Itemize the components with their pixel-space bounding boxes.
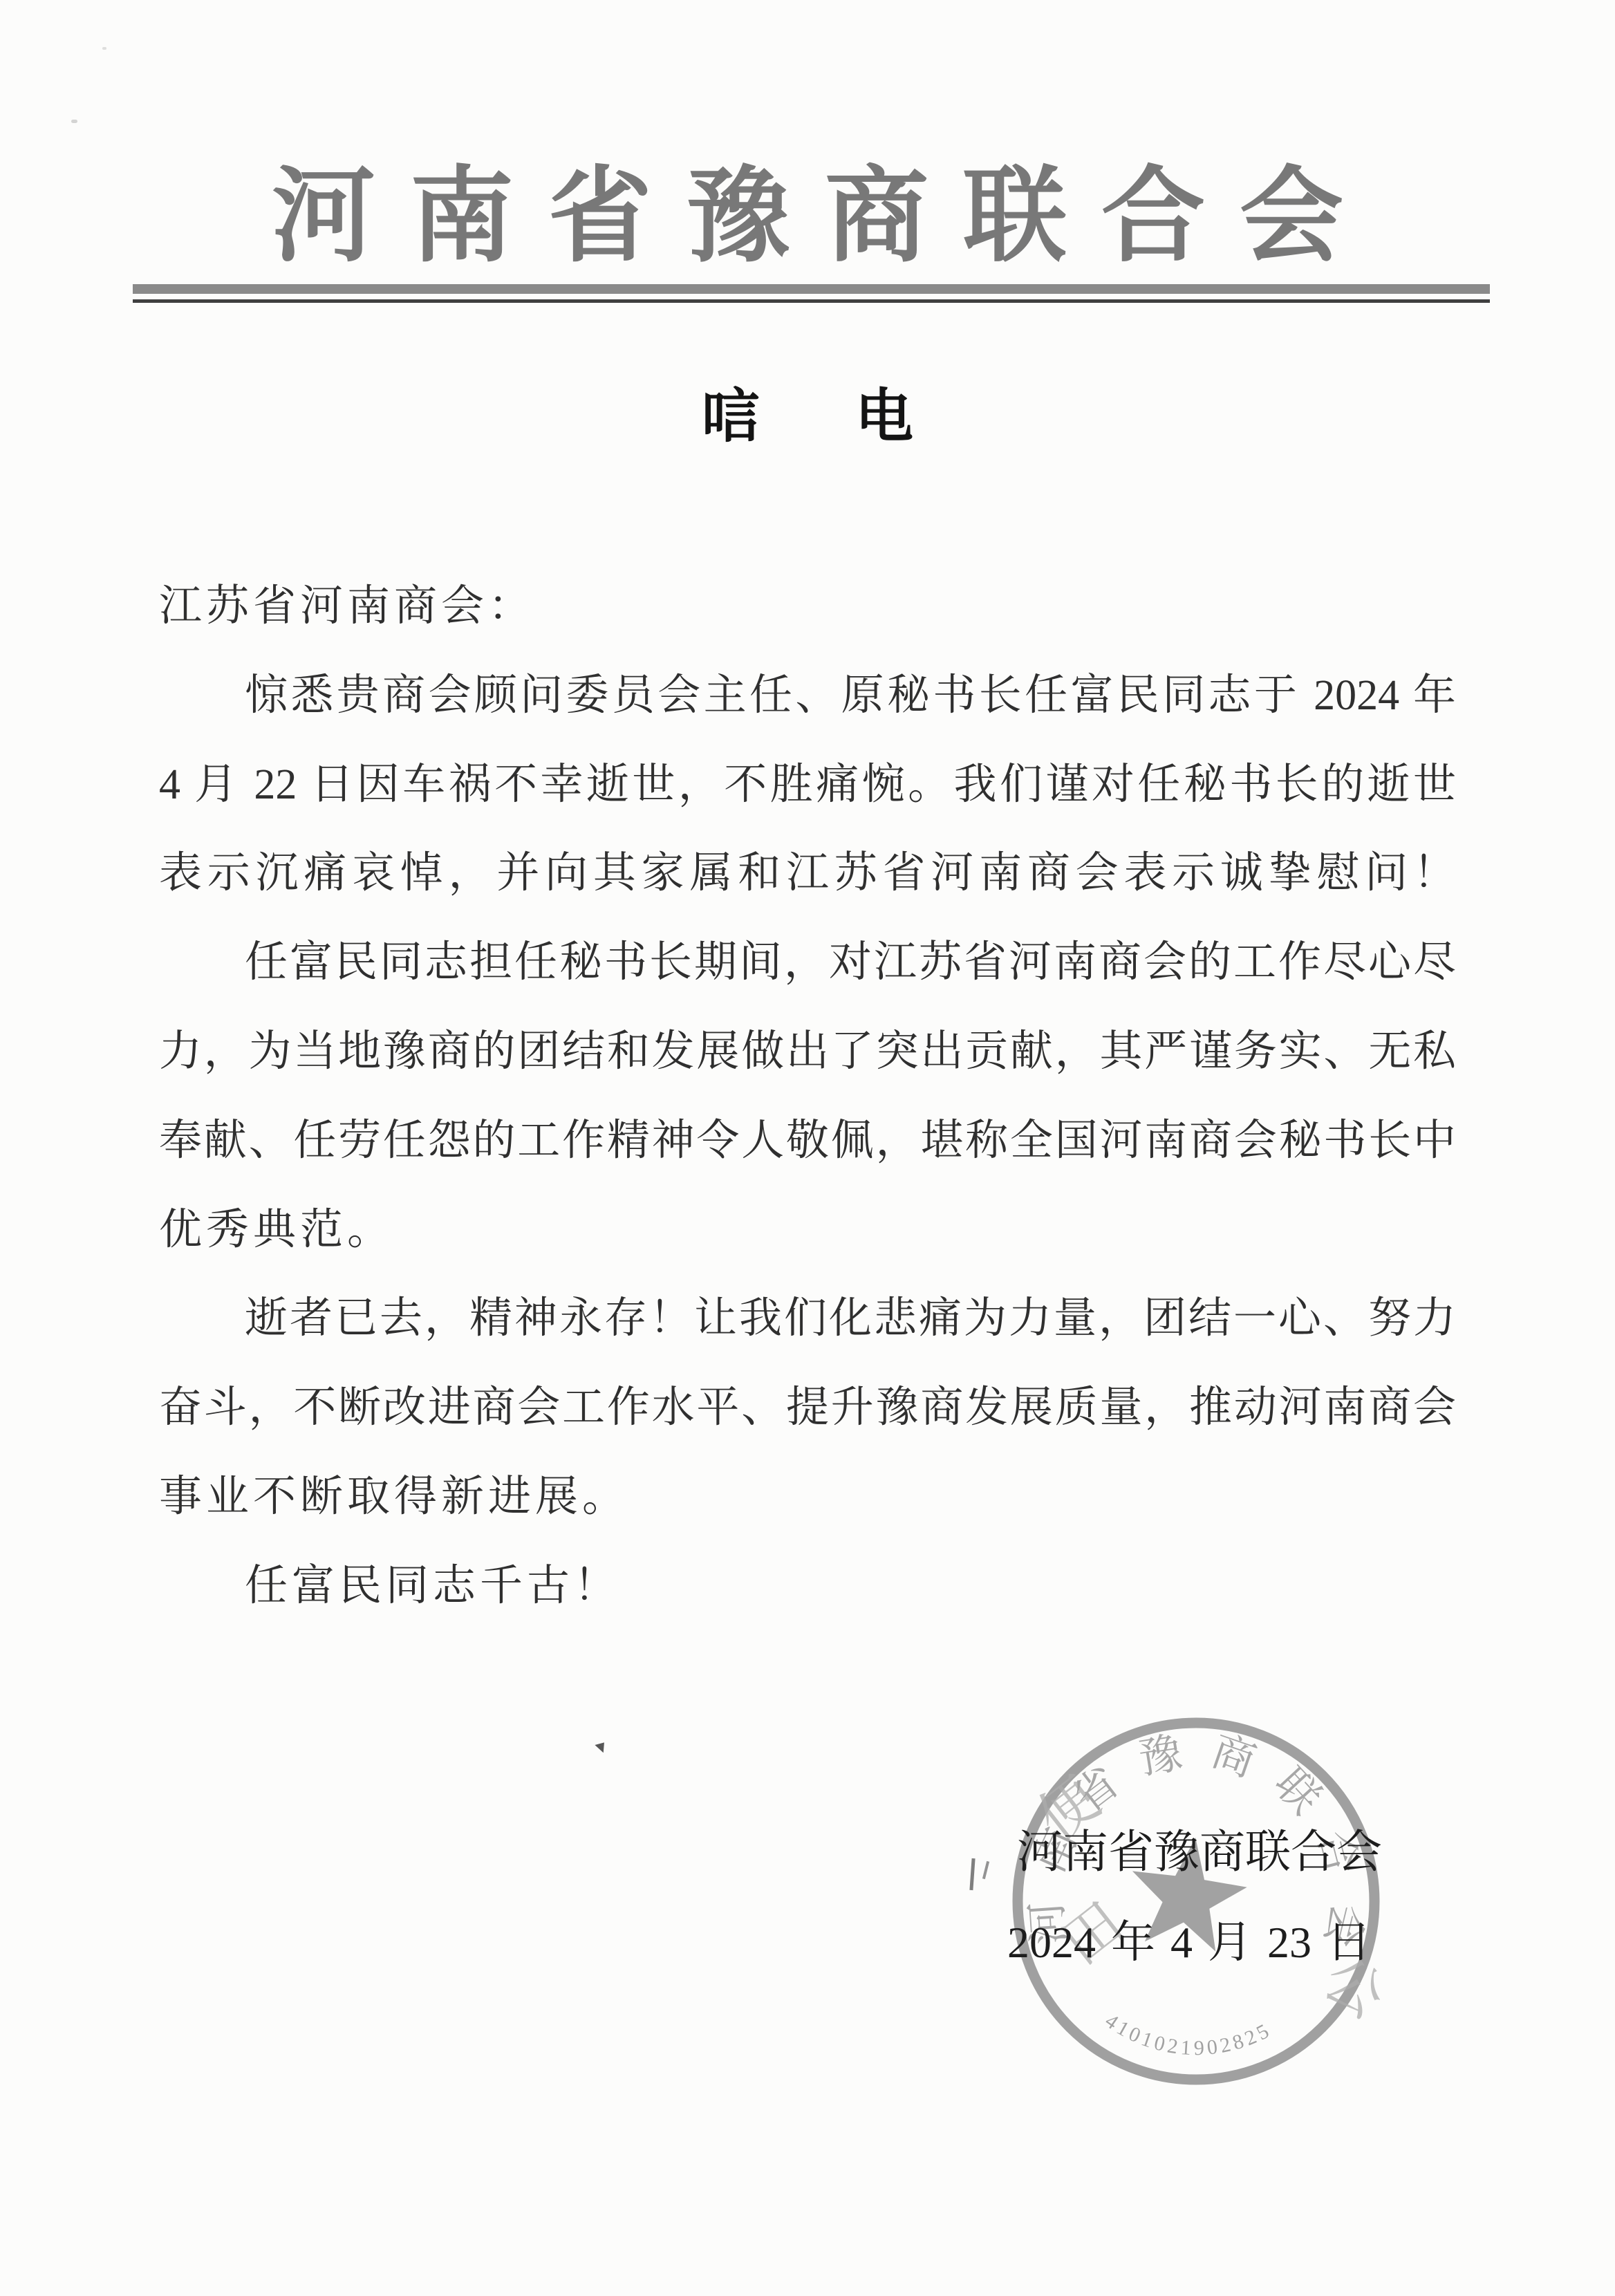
body-line: 力，为当地豫商的团结和发展做出了突出贡献，其严谨务实、无私 — [159, 1007, 1456, 1096]
body-line: 事业不断取得新进展。 — [159, 1453, 1456, 1542]
body-line: 奉献、任劳任怨的工作精神令人敬佩，堪称全国河南商会秘书长中 — [159, 1096, 1456, 1186]
letterhead-rule-thin — [133, 299, 1490, 303]
salutation-line: 江苏省河南商会： — [159, 562, 1456, 651]
seal-serial-number: 4101021902825 — [1101, 2009, 1276, 2060]
scan-artifact — [595, 1742, 606, 1754]
body-line: 4 月 22 日因车祸不幸逝世，不胜痛惋。我们谨对任秘书长的逝世 — [159, 740, 1456, 830]
scan-artifact — [102, 47, 106, 50]
body-line: 表示沉痛哀悼，并向其家属和江苏省河南商会表示诚挚慰问！ — [159, 829, 1456, 918]
letter-body: 江苏省河南商会： 惊悉贵商会顾问委员会主任、原秘书长任富民同志于 2024 年 … — [159, 562, 1456, 1631]
letterhead-rule-thick — [133, 284, 1490, 294]
official-seal: 便 田 公 河南省豫商联合会 4101021902825 — [989, 1694, 1403, 2109]
body-line: 惊悉贵商会顾问委员会主任、原秘书长任富民同志于 2024 年 — [159, 651, 1456, 740]
scan-artifact — [71, 120, 77, 123]
closing-line: 任富民同志千古！ — [159, 1542, 1456, 1631]
body-line: 优秀典范。 — [159, 1186, 1456, 1275]
body-line: 逝者已去，精神永存！让我们化悲痛为力量，团结一心、努力 — [159, 1274, 1456, 1363]
document-title: 唁 电 — [0, 386, 1615, 449]
title-char-1: 唁 — [702, 386, 760, 449]
signature-org-name: 河南省豫商联合会 — [1006, 1829, 1393, 1877]
letterhead-org-name: 河南省豫商联合会 — [0, 160, 1615, 274]
letter-page: 河南省豫商联合会 唁 电 江苏省河南商会： 惊悉贵商会顾问委员会主任、原秘书长任… — [0, 0, 1615, 2296]
scan-artifact — [969, 1858, 975, 1890]
body-line: 任富民同志担任秘书长期间，对江苏省河南商会的工作尽心尽 — [159, 918, 1456, 1007]
title-char-2: 电 — [855, 386, 913, 449]
signature-date: 2024 年 4 月 23 日 — [982, 1919, 1397, 1966]
body-line: 奋斗，不断改进商会工作水平、提升豫商发展质量，推动河南商会 — [159, 1363, 1456, 1453]
